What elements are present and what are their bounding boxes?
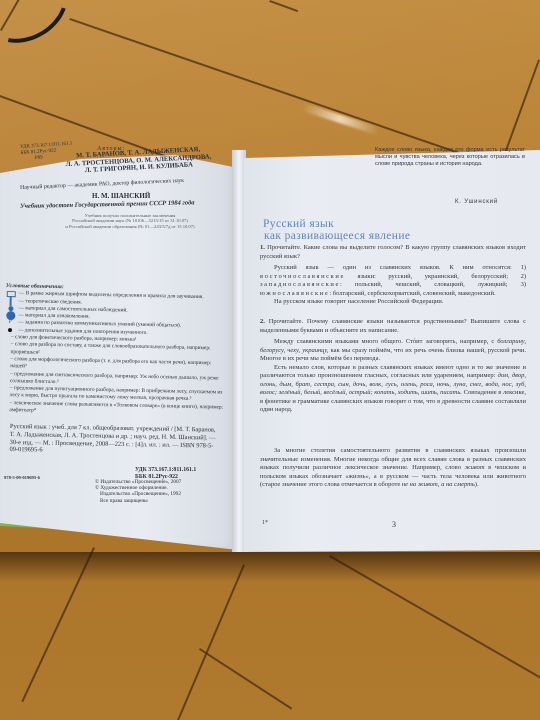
book-shadow xyxy=(0,552,540,582)
floor-seam xyxy=(199,648,292,710)
heading-line: как развивающееся явление xyxy=(263,230,410,242)
approval-note: Учебник получил положительные заключения… xyxy=(55,213,205,229)
text-run: живот xyxy=(465,464,485,471)
exercise-number: 1. xyxy=(260,244,265,251)
text-run: : болгарский, сербскохорватский, словенс… xyxy=(329,290,495,297)
text-run: За многие столетия самостоятельного разв… xyxy=(260,447,526,471)
signature-mark: 1* xyxy=(262,520,268,526)
symbol-legend: Условные обозначения: — В рамке жирным ш… xyxy=(3,283,228,419)
p-icon: P xyxy=(5,319,15,326)
epigraph-author: К. Ушинский xyxy=(455,199,498,205)
approval-line: и Российской академии образования (№ 01—… xyxy=(55,224,205,229)
exercise-2: 2. Прочитайте. Почему славянские языки н… xyxy=(260,318,526,335)
text-run: : польский, чешский, словацкий, лужицкий… xyxy=(340,281,526,288)
copyright-line: Все права защищены xyxy=(95,498,181,504)
text-run: языки: русский, украинский, белорусский;… xyxy=(358,273,527,280)
paragraph: За многие столетия самостоятельного разв… xyxy=(260,447,526,490)
text-run: западнославянские xyxy=(260,281,340,288)
light-glare xyxy=(301,103,380,135)
book-gutter xyxy=(232,150,246,552)
chapter-heading: Русский язык как развивающееся явление xyxy=(263,218,410,242)
text-run: восточнославянские xyxy=(260,273,345,280)
black-dot-icon xyxy=(5,327,15,334)
exercise-number: 2. xyxy=(260,318,265,325)
dot-icon xyxy=(5,305,15,312)
paragraph: Между славянскими языками много общего. … xyxy=(260,338,526,415)
text-run: На русском языке говорит население Росси… xyxy=(260,298,526,307)
floor-seam xyxy=(177,564,245,720)
floor-seam xyxy=(269,0,298,12)
legend-list: – слово для фонетического разбора, напри… xyxy=(3,334,227,419)
text-run: южнославянские xyxy=(260,290,329,297)
page-number: 3 xyxy=(392,520,396,529)
isbn-number: 978-5-09-019695-6 xyxy=(4,474,40,482)
heading-line: Русский язык xyxy=(263,218,410,230)
exercise-1: 1. Прочитайте. Какие слова вы выделите г… xyxy=(260,244,526,261)
gear-icon xyxy=(5,312,15,319)
copyright-line: Издательство «Просвещение», 1992 xyxy=(95,491,181,497)
udk-line: УДК 373.167.1:811.161.1 xyxy=(135,467,196,474)
epigraph: Каждое слово языка, каждая его форма ест… xyxy=(375,147,525,169)
text-run: ). xyxy=(475,481,479,488)
bar-icon xyxy=(6,298,16,305)
paragraph: Русский язык — один из славянских языков… xyxy=(260,264,526,307)
text-run: не на живот, а на смерть xyxy=(402,481,475,488)
exercise-text: Прочитайте. Почему славянские языки назы… xyxy=(260,318,526,334)
copyright-block: © Издательство «Просвещение», 2007 © Худ… xyxy=(95,479,181,504)
exercise-text: Прочитайте. Какие слова вы выделите голо… xyxy=(260,244,526,260)
text-run: Между славянскими языками много общего. … xyxy=(274,338,494,345)
text-run: Русский язык — один из славянских языков… xyxy=(274,264,526,271)
bibliographic-record: Русский язык : учеб. для 7 кл. общеобраз… xyxy=(9,423,222,458)
text-run: Есть немало слов, которые в разных славя… xyxy=(260,364,526,380)
